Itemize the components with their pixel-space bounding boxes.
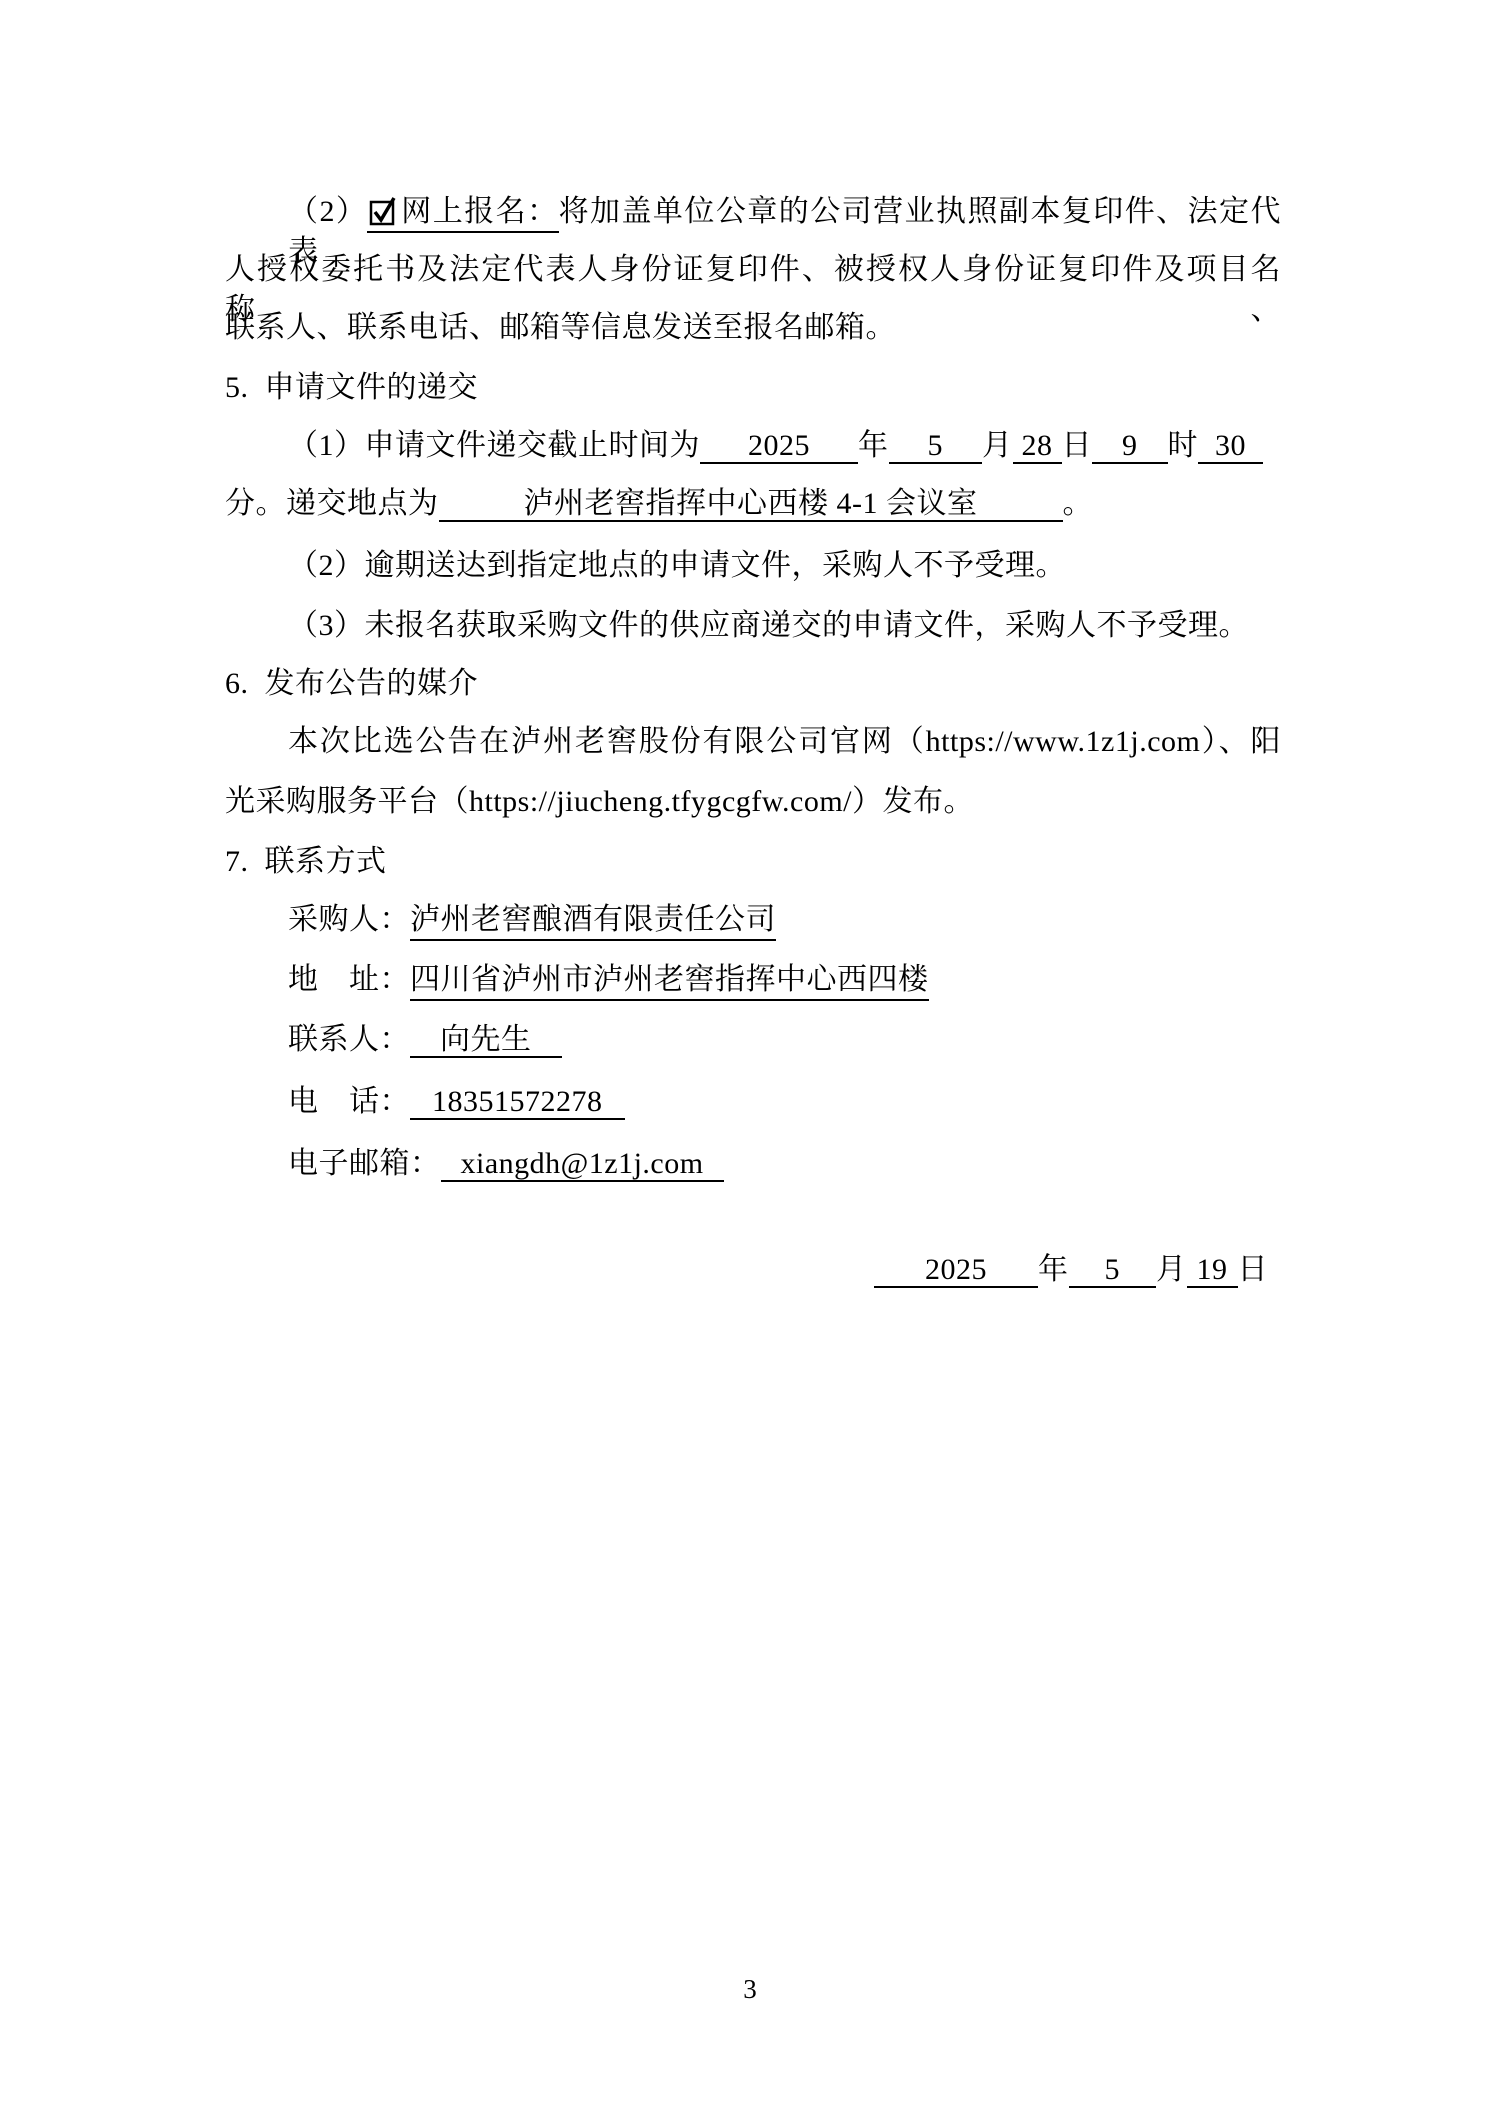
para-announcement-media-line1: 本次比选公告在泸州老窖股份有限公司官网（https://www.1z1j.com… (225, 722, 1281, 762)
text-run: 5. 申请文件的递交 (225, 371, 478, 404)
text-run: 电 话： (288, 1085, 410, 1118)
text-run: 6. 发布公告的媒介 (225, 667, 478, 700)
text-run: 7. 联系方式 (225, 845, 387, 878)
text-run: 月 (1156, 1253, 1187, 1286)
section-7-heading: 7. 联系方式 (225, 842, 1281, 882)
text-run: 日 (1062, 429, 1093, 462)
deadline-minute-value: 30 (1198, 429, 1263, 464)
email-line: 电子邮箱：xiangdh@1z1j.com (225, 1144, 1281, 1184)
text-run: 地 址： (288, 963, 410, 996)
date-month-value: 5 (1069, 1253, 1157, 1288)
online-registration-label: 网上报名： (367, 195, 558, 233)
para-announcement-media-line2: 光采购服务平台（https://jiucheng.tfygcgfw.com/）发… (225, 782, 1281, 822)
contact-phone-value: 18351572278 (410, 1085, 625, 1120)
text-run: 。 (1063, 487, 1094, 520)
text-run: 年 (1038, 1253, 1069, 1286)
section-5-heading: 5. 申请文件的递交 (225, 368, 1281, 408)
checked-checkbox-icon (369, 195, 396, 227)
submission-location-line: 分。递交地点为泸州老窖指挥中心西楼 4-1 会议室。 (225, 484, 1281, 524)
date-year-value: 2025 (874, 1253, 1038, 1288)
text-run: 电子邮箱： (288, 1147, 441, 1180)
deadline-year-value: 2025 (700, 429, 858, 464)
text-run: 年 (858, 429, 889, 462)
para-online-registration-line3: 联系人、联系电话、邮箱等信息发送至报名邮箱。 (225, 308, 1281, 348)
text-run: 日 (1238, 1253, 1269, 1286)
contact-person-value: 向先生 (410, 1023, 562, 1058)
deadline-hour-value: 9 (1092, 429, 1168, 464)
text-run: （1）申请文件递交截止时间为 (288, 429, 700, 462)
deadline-day-value: 28 (1013, 429, 1062, 464)
text-run: （2）逾期送达到指定地点的申请文件，采购人不予受理。 (288, 549, 1066, 582)
text-run: （3）未报名获取采购文件的供应商递交的申请文件，采购人不予受理。 (288, 609, 1249, 642)
para-late-submission: （2）逾期送达到指定地点的申请文件，采购人不予受理。 (225, 546, 1281, 586)
submission-deadline-line: （1）申请文件递交截止时间为2025年5月28日9时30 (225, 426, 1281, 466)
text-run: 联系人、联系电话、邮箱等信息发送至报名邮箱。 (225, 311, 896, 344)
phone-line: 电 话：18351572278 (225, 1082, 1281, 1122)
text-run: 月 (982, 429, 1013, 462)
purchaser-line: 采购人：泸州老窖酿酒有限责任公司 (225, 900, 1281, 940)
submission-location-value: 泸州老窖指挥中心西楼 4-1 会议室 (439, 487, 1063, 522)
date-day-value: 19 (1187, 1253, 1238, 1288)
contact-email-value: xiangdh@1z1j.com (441, 1147, 724, 1182)
text-run: 本次比选公告在泸州老窖股份有限公司官网（https://www.1z1j.com… (288, 725, 1281, 758)
para-unregistered-supplier: （3）未报名获取采购文件的供应商递交的申请文件，采购人不予受理。 (225, 606, 1281, 646)
page-number: 3 (0, 1972, 1500, 2006)
contact-person-line: 联系人：向先生 (225, 1020, 1281, 1060)
purchaser-address-value: 四川省泸州市泸州老窖指挥中心西四楼 (410, 963, 929, 1001)
section-6-heading: 6. 发布公告的媒介 (225, 664, 1281, 704)
deadline-month-value: 5 (889, 429, 983, 464)
text-run: 光采购服务平台（https://jiucheng.tfygcgfw.com/）发… (225, 785, 974, 818)
document-page: （2）网上报名：将加盖单位公章的公司营业执照副本复印件、法定代表人授权委托书及法… (0, 0, 1500, 2122)
text-run: 采购人： (288, 903, 410, 936)
text-run: （2） (288, 195, 367, 228)
address-line: 地 址：四川省泸州市泸州老窖指挥中心西四楼 (225, 960, 1281, 1000)
text-run: 时 (1168, 429, 1199, 462)
text-run: 联系人： (288, 1023, 410, 1056)
announcement-date-line: 2025年5月19日 (225, 1250, 1281, 1290)
text-run: 分。递交地点为 (225, 487, 439, 520)
purchaser-name-value: 泸州老窖酿酒有限责任公司 (410, 903, 776, 941)
